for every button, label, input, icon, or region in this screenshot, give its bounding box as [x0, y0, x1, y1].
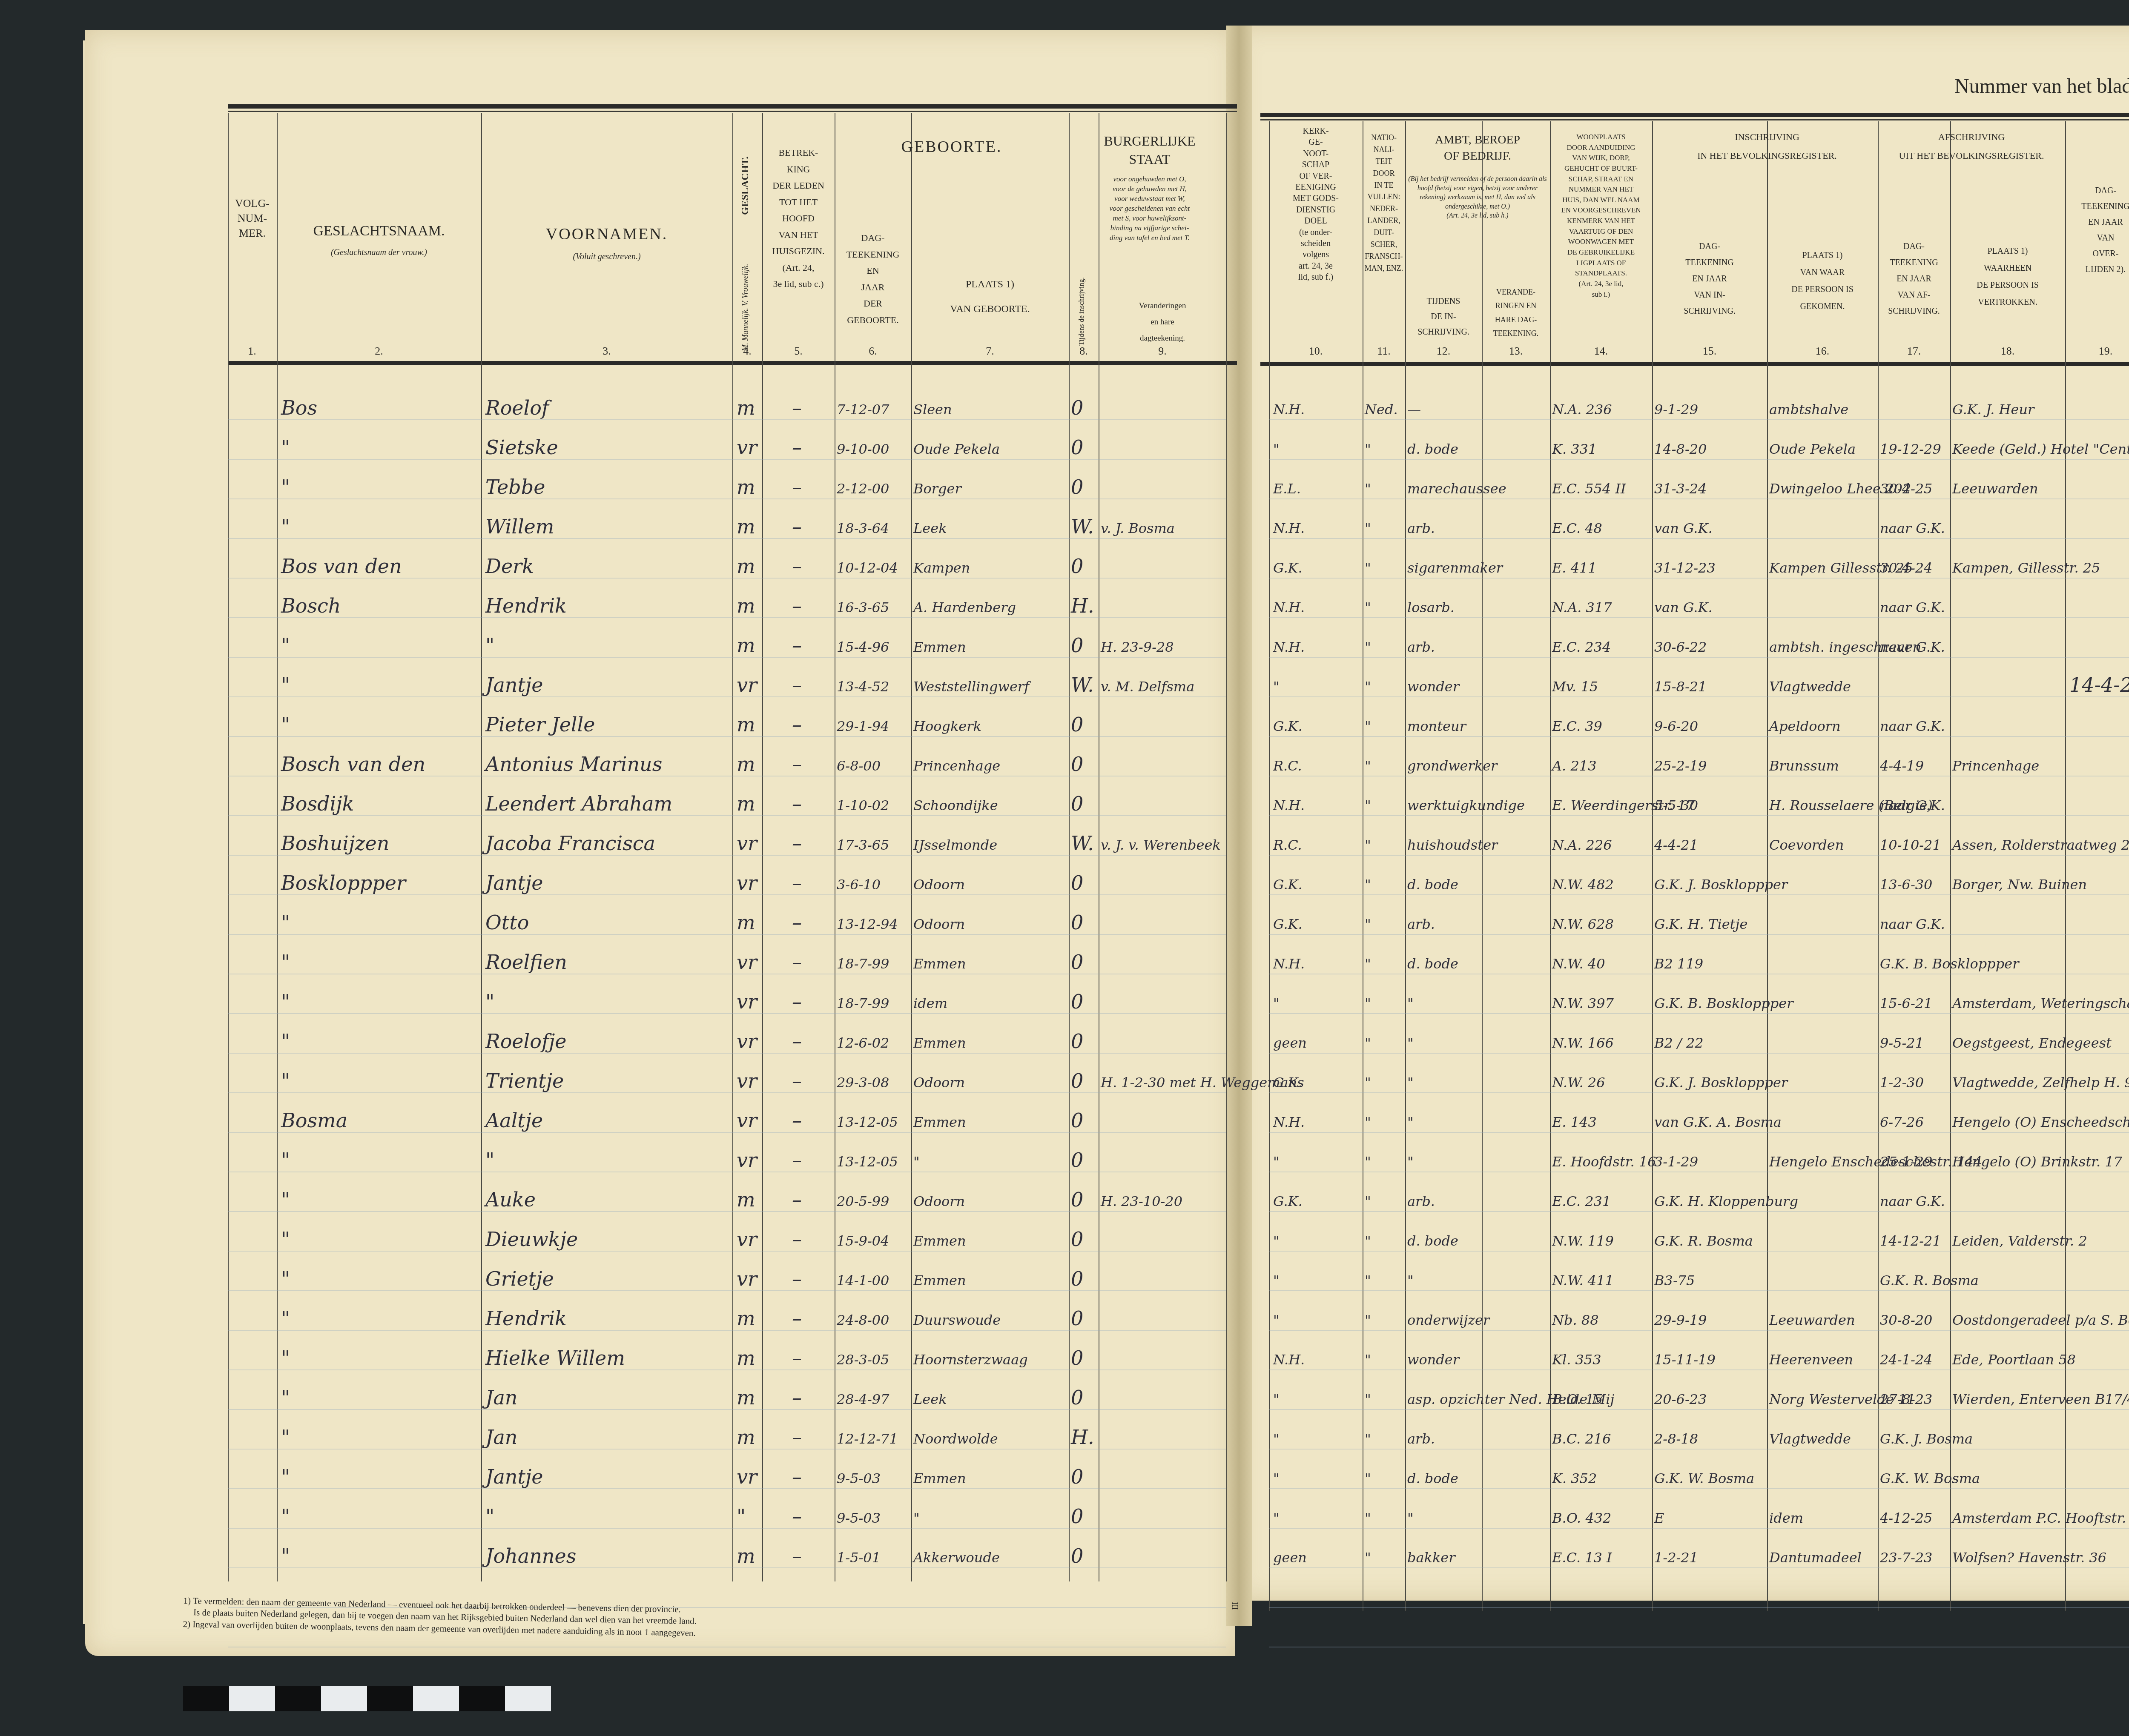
- ruled-line: [228, 1251, 1226, 1252]
- column-rule: [1405, 121, 1406, 1611]
- sex-cell: vr: [737, 436, 757, 459]
- church-cell: G.K.: [1273, 1193, 1303, 1209]
- deregistration-date-cell: 24-1-24: [1880, 1352, 1932, 1368]
- deregistration-date-cell: 4-4-19: [1880, 758, 1924, 774]
- occupation-cell: arb.: [1407, 639, 1435, 655]
- nationality-cell: ": [1365, 718, 1371, 734]
- column-rule: [1069, 113, 1070, 1581]
- residence-cell: E.C. 234: [1552, 639, 1611, 655]
- civil-status-cell: H.: [1071, 594, 1094, 617]
- group-header-geboorte: GEBOORTE.: [835, 136, 1069, 158]
- sex-cell: vr: [737, 1267, 757, 1290]
- col-header-volgnummer: VOLG- NUM- MER.: [228, 196, 277, 241]
- ruled-line: [228, 1290, 1226, 1291]
- registration-date-cell: 30-6-22: [1654, 639, 1707, 655]
- given-names-cell: Leendert Abraham: [485, 792, 672, 815]
- relation-cell: –: [792, 476, 802, 498]
- deregistration-date-cell: 10-10-21: [1880, 837, 1941, 853]
- surname-cell: ": [281, 911, 290, 934]
- ruled-line: [228, 934, 1226, 935]
- birth-place-cell: Odoorn: [913, 877, 965, 893]
- residence-cell: N.W. 628: [1552, 916, 1614, 932]
- surname-cell: ": [281, 673, 290, 696]
- birth-date-cell: 17-3-65: [837, 837, 889, 853]
- column-rule: [228, 113, 229, 1581]
- col-header-geboorteplaats: PLAATS 1) VAN GEBOORTE.: [911, 272, 1069, 321]
- registration-date-cell: 9-1-29: [1654, 401, 1698, 418]
- birth-place-cell: Leek: [913, 1391, 947, 1407]
- church-cell: G.K.: [1273, 1074, 1303, 1091]
- given-names-cell: Pieter Jelle: [485, 713, 595, 736]
- occupation-cell: d. bode: [1407, 1470, 1458, 1487]
- col-header-geslacht-sub: M. Mannelijk. V. Vrouwelijk.: [740, 231, 750, 384]
- church-cell: N.H.: [1273, 1114, 1305, 1130]
- registration-date-cell: 15-8-21: [1654, 679, 1707, 695]
- page-number-label: Nummer van het blad: [1954, 74, 2129, 98]
- nationality-cell: ": [1365, 758, 1371, 774]
- occupation-cell: huishoudster: [1407, 837, 1498, 853]
- nationality-cell: ": [1365, 797, 1371, 814]
- occupation-cell: d. bode: [1407, 877, 1458, 893]
- given-names-cell: Roelofje: [485, 1030, 566, 1053]
- deregistration-date-cell: 14-12-21: [1880, 1233, 1941, 1249]
- group-header-afschrijving: AFSCHRIJVING UIT HET BEVOLKINGSREGISTER.: [1878, 128, 2065, 165]
- nationality-cell: ": [1365, 1391, 1371, 1407]
- civil-status-cell: W.: [1071, 832, 1094, 855]
- ruled-line: [228, 815, 1226, 816]
- scale-square: [275, 1686, 321, 1711]
- col-header-voornamen-sub: (Voluit geschreven.): [481, 251, 732, 263]
- surname-cell: ": [281, 713, 290, 736]
- birth-date-cell: 29-1-94: [837, 718, 889, 734]
- given-names-cell: Johannes: [485, 1544, 576, 1567]
- ruled-line: [228, 1449, 1226, 1450]
- occupation-cell: d. bode: [1407, 1233, 1458, 1249]
- residence-cell: N.W. 119: [1552, 1233, 1614, 1249]
- birth-place-cell: ": [913, 1154, 920, 1170]
- occupation-cell: sigarenmaker: [1407, 560, 1503, 576]
- surname-cell: ": [281, 436, 290, 459]
- birth-place-cell: Emmen: [913, 1035, 966, 1051]
- civil-status-change-cell: v. M. Delfsma: [1101, 679, 1194, 695]
- registration-date-cell: G.K. J. Boskloppper: [1654, 877, 1788, 893]
- birth-date-cell: 10-12-04: [837, 560, 898, 576]
- deregistration-destination-cell: Amsterdam, Weteringschans 95: [1952, 995, 2129, 1011]
- relation-cell: –: [792, 1267, 802, 1290]
- civil-status-cell: W.: [1071, 515, 1094, 538]
- ruled-line: [1269, 815, 2129, 816]
- surname-cell: Bosdijk: [281, 792, 354, 815]
- birth-place-cell: Leek: [913, 520, 947, 536]
- deregistration-destination-cell: Ede, Poortlaan 58: [1952, 1352, 2076, 1368]
- col-header-kerkgenootschap: KERK- GE- NOOT- SCHAP OF VER- EENIGING M…: [1269, 126, 1363, 283]
- registration-date-cell: 3-1-29: [1654, 1154, 1698, 1170]
- ruled-line: [228, 1092, 1226, 1093]
- occupation-cell: marechaussee: [1407, 481, 1506, 497]
- residence-cell: E.C. 39: [1552, 718, 1602, 734]
- civil-status-cell: 0: [1071, 871, 1083, 894]
- given-names-cell: Hendrik: [485, 594, 567, 617]
- church-cell: ": [1273, 1510, 1280, 1526]
- relation-cell: –: [792, 1228, 802, 1251]
- residence-cell: E.C. 554 II: [1552, 481, 1626, 497]
- civil-status-cell: 0: [1071, 713, 1083, 736]
- sex-cell: m: [737, 396, 755, 419]
- column-rule: [1550, 121, 1551, 1611]
- church-cell: ": [1273, 1431, 1280, 1447]
- occupation-cell: monteur: [1407, 718, 1466, 734]
- birth-date-cell: 15-9-04: [837, 1233, 889, 1249]
- sex-cell: vr: [737, 1149, 757, 1172]
- deregistration-destination-cell: Assen, Rolderstraatweg 22: [1952, 837, 2129, 853]
- column-rule: [1363, 121, 1363, 1611]
- scale-square: [183, 1686, 229, 1711]
- relation-cell: –: [792, 1109, 802, 1132]
- surname-cell: ": [281, 1267, 290, 1290]
- civil-status-cell: 0: [1071, 1346, 1083, 1369]
- birth-place-cell: A. Hardenberg: [913, 599, 1016, 616]
- birth-place-cell: Emmen: [913, 1114, 966, 1130]
- surname-cell: ": [281, 1228, 290, 1251]
- header-top-rule-left-thin: [228, 111, 1237, 112]
- birth-place-cell: Oude Pekela: [913, 441, 1000, 457]
- birth-date-cell: 16-3-65: [837, 599, 889, 616]
- relation-cell: –: [792, 792, 802, 815]
- civil-status-cell: 0: [1071, 634, 1083, 657]
- surname-cell: Boshuijzen: [281, 832, 389, 855]
- birth-place-cell: Emmen: [913, 1233, 966, 1249]
- civil-status-cell: 0: [1071, 1069, 1083, 1092]
- civil-status-cell: 0: [1071, 1307, 1083, 1330]
- occupation-cell: ": [1407, 1272, 1414, 1289]
- column-number: 10.: [1299, 345, 1333, 358]
- sex-cell: vr: [737, 673, 757, 696]
- birth-date-cell: 28-4-97: [837, 1391, 889, 1407]
- occupation-cell: ": [1407, 995, 1414, 1011]
- col-header-overlijden: DAG- TEEKENING EN JAAR VAN OVER- LIJDEN …: [2065, 183, 2129, 278]
- birth-place-cell: Hoornsterzwaag: [913, 1352, 1028, 1368]
- given-names-cell: Jan: [485, 1426, 518, 1449]
- sex-cell: m: [737, 911, 755, 934]
- civil-status-cell: 0: [1071, 436, 1083, 459]
- civil-status-cell: 0: [1071, 1030, 1083, 1053]
- col-header-ambt-veranderingen: VERANDE- RINGEN EN HARE DAG- TEEKENING.: [1482, 285, 1550, 341]
- ruled-line: [228, 419, 1226, 420]
- scale-square: [413, 1686, 459, 1711]
- col-header-voornamen: VOORNAMEN.: [481, 223, 732, 245]
- residence-cell: K. 352: [1552, 1470, 1597, 1487]
- church-cell: ": [1273, 1233, 1280, 1249]
- nationality-cell: ": [1365, 1470, 1371, 1487]
- registration-date-cell: 31-3-24: [1654, 481, 1707, 497]
- col-header-geslachtsnaam-sub: (Geslachtsnaam der vrouw.): [277, 247, 481, 258]
- church-cell: R.C.: [1273, 837, 1302, 853]
- residence-cell: E. 143: [1552, 1114, 1597, 1130]
- birth-place-cell: Emmen: [913, 1272, 966, 1289]
- surname-cell: ": [281, 1307, 290, 1330]
- sex-cell: m: [737, 1346, 755, 1369]
- col-header-veranderingen: Veranderingen en hare dagteekening.: [1099, 298, 1226, 347]
- registration-origin-cell: Apeldoorn: [1769, 718, 1841, 734]
- birth-date-cell: 29-3-08: [837, 1074, 889, 1091]
- occupation-cell: grondwerker: [1407, 758, 1497, 774]
- ruled-line: [1269, 419, 2129, 420]
- occupation-cell: d. bode: [1407, 441, 1458, 457]
- sex-cell: vr: [737, 1030, 757, 1053]
- registration-date-cell: 2-8-18: [1654, 1431, 1698, 1447]
- residence-cell: E. Hoofdstr. 16: [1552, 1154, 1656, 1170]
- relation-cell: –: [792, 753, 802, 776]
- nationality-cell: ": [1365, 916, 1371, 932]
- occupation-cell: wonder: [1407, 679, 1459, 695]
- church-cell: N.H.: [1273, 797, 1305, 814]
- birth-place-cell: IJsselmonde: [913, 837, 997, 853]
- registration-date-cell: E: [1654, 1510, 1664, 1526]
- birth-place-cell: idem: [913, 995, 947, 1011]
- sex-cell: vr: [737, 1465, 757, 1488]
- civil-status-cell: 0: [1071, 1188, 1083, 1211]
- relation-cell: –: [792, 396, 802, 419]
- column-number: 4.: [730, 345, 764, 358]
- residence-cell: E.C. 13 I: [1552, 1550, 1612, 1566]
- ruled-line: [228, 1013, 1226, 1014]
- deregistration-destination-cell: Oegstgeest, Endegeest: [1952, 1035, 2112, 1051]
- sex-cell: m: [737, 1544, 755, 1567]
- column-rule: [2065, 121, 2066, 1611]
- nationality-cell: ": [1365, 1193, 1371, 1209]
- ruled-line: [1269, 1449, 2129, 1450]
- civil-status-cell: 0: [1071, 555, 1083, 578]
- given-names-cell: Jantje: [485, 673, 543, 696]
- registration-origin-cell: Heerenveen: [1769, 1352, 1853, 1368]
- deregistration-destination-cell: Leiden, Valderstr. 2: [1952, 1233, 2087, 1249]
- civil-status-cell: 0: [1071, 396, 1083, 419]
- ruled-line: [1269, 1013, 2129, 1014]
- ruled-line: [1269, 1647, 2129, 1647]
- ruled-line: [1269, 1251, 2129, 1252]
- registration-date-cell: G.K. R. Bosma: [1654, 1233, 1753, 1249]
- civil-status-cell: 0: [1071, 1465, 1083, 1488]
- residence-cell: Kl. 353: [1552, 1352, 1601, 1368]
- nationality-cell: ": [1365, 1233, 1371, 1249]
- church-cell: G.K.: [1273, 718, 1303, 734]
- relation-cell: –: [792, 1505, 802, 1528]
- nationality-cell: ": [1365, 1312, 1371, 1328]
- column-rule: [1269, 121, 1270, 1611]
- occupation-cell: arb.: [1407, 916, 1435, 932]
- residence-cell: N.W. 40: [1552, 956, 1605, 972]
- col-header-ambt-tijdens: TIJDENS DE IN- SCHRIJVING.: [1405, 294, 1482, 340]
- church-cell: R.C.: [1273, 758, 1302, 774]
- deregistration-destination-cell: Oostdongeradeel p/a S. Bosma, Dokkum: [1952, 1312, 2129, 1328]
- burgerlijke-staat-note: voor ongehuwden met O, voor de gehuwden …: [1069, 175, 1231, 243]
- relation-cell: –: [792, 1426, 802, 1449]
- registration-origin-cell: Oude Pekela: [1769, 441, 1856, 457]
- surname-cell: ": [281, 990, 290, 1013]
- ruled-line: [228, 696, 1226, 697]
- nationality-cell: ": [1365, 481, 1371, 497]
- residence-cell: B.O. 15: [1552, 1391, 1603, 1407]
- column-rule: [911, 113, 912, 1581]
- birth-place-cell: ": [913, 1510, 920, 1526]
- relation-cell: –: [792, 1188, 802, 1211]
- registration-date-cell: 14-8-20: [1654, 441, 1707, 457]
- deregistration-date-cell: 23-7-23: [1880, 1550, 1932, 1566]
- registration-origin-cell: Leeuwarden: [1769, 1312, 1855, 1328]
- ruled-line: [1269, 1607, 2129, 1608]
- margin-mark: III: [1230, 1597, 1240, 1614]
- ruled-line: [1269, 1211, 2129, 1212]
- ruled-line: [228, 894, 1226, 895]
- ruled-line: [228, 1330, 1226, 1331]
- surname-cell: Boskloppper: [281, 871, 406, 894]
- civil-status-change-cell: v. J. v. Werenbeek: [1101, 837, 1221, 853]
- nationality-cell: ": [1365, 1035, 1371, 1051]
- civil-status-cell: 0: [1071, 1109, 1083, 1132]
- surname-cell: ": [281, 1465, 290, 1488]
- given-names-cell: Hielke Willem: [485, 1346, 625, 1369]
- given-names-cell: Roelfien: [485, 951, 567, 974]
- residence-cell: N.A. 317: [1552, 599, 1612, 616]
- ruled-line: [228, 1488, 1226, 1489]
- civil-status-cell: 0: [1071, 911, 1083, 934]
- ruled-line: [228, 459, 1226, 460]
- nationality-cell: ": [1365, 1114, 1371, 1130]
- birth-date-cell: 24-8-00: [837, 1312, 889, 1328]
- civil-status-change-cell: H. 23-10-20: [1101, 1193, 1182, 1209]
- relation-cell: –: [792, 1465, 802, 1488]
- column-number: 13.: [1499, 345, 1533, 358]
- deregistration-destination-cell: Borger, Nw. Buinen: [1952, 877, 2087, 893]
- ruled-line: [228, 855, 1226, 856]
- occupation-cell: ": [1407, 1510, 1414, 1526]
- sex-cell: m: [737, 476, 755, 498]
- civil-status-cell: 0: [1071, 1386, 1083, 1409]
- deregistration-destination-cell: Hengelo (O) Brinkstr. 17: [1952, 1154, 2122, 1170]
- ruled-line: [228, 776, 1226, 776]
- relation-cell: –: [792, 515, 802, 538]
- residence-cell: E.C. 48: [1552, 520, 1602, 536]
- deregistration-date-cell: 30-4-24: [1880, 560, 1932, 576]
- civil-status-cell: 0: [1071, 792, 1083, 815]
- scale-square: [367, 1686, 413, 1711]
- relation-cell: –: [792, 634, 802, 657]
- birth-place-cell: Kampen: [913, 560, 970, 576]
- given-names-cell: Trientje: [485, 1069, 564, 1092]
- deregistration-destination-cell: Wierden, Enterveen B17/42: [1952, 1391, 2129, 1407]
- ruled-line: [228, 617, 1226, 618]
- sex-cell: m: [737, 1426, 755, 1449]
- residence-cell: B.C. 216: [1552, 1431, 1611, 1447]
- deregistration-date-cell: G.K. W. Bosma: [1880, 1470, 1980, 1487]
- registration-date-cell: 25-2-19: [1654, 758, 1707, 774]
- birth-date-cell: 1-5-01: [837, 1550, 881, 1566]
- ruled-line: [1269, 538, 2129, 539]
- given-names-cell: ": [485, 990, 494, 1013]
- relation-cell: –: [792, 555, 802, 578]
- deregistration-destination-cell: Kampen, Gillesstr. 25: [1952, 560, 2100, 576]
- registration-date-cell: 5-5-30: [1654, 797, 1698, 814]
- col-header-woonplaats: WOONPLAATS DOOR AANDUIDING VAN WIJK, DOR…: [1550, 132, 1652, 300]
- deregistration-date-cell: G.K. J. Bosma: [1880, 1431, 1973, 1447]
- scale-square: [505, 1686, 551, 1711]
- residence-cell: E. 411: [1552, 560, 1597, 576]
- birth-date-cell: 13-12-05: [837, 1154, 898, 1170]
- ruled-line: [1269, 1132, 2129, 1133]
- church-cell: N.H.: [1273, 520, 1305, 536]
- residence-cell: E.C. 231: [1552, 1193, 1611, 1209]
- relation-cell: –: [792, 713, 802, 736]
- column-number: 6.: [856, 345, 890, 358]
- birth-date-cell: 18-7-99: [837, 995, 889, 1011]
- column-number: 17.: [1897, 345, 1931, 358]
- surname-cell: Bosma: [281, 1109, 347, 1132]
- civil-status-cell: 0: [1071, 1267, 1083, 1290]
- surname-cell: ": [281, 634, 290, 657]
- deregistration-destination-cell: Amsterdam P.C. Hooftstr. 84: [1952, 1510, 2129, 1526]
- ruled-line: [1269, 1488, 2129, 1489]
- registration-origin-cell: Vlagtwedde: [1769, 1431, 1851, 1447]
- ruled-line: [1269, 578, 2129, 579]
- col-header-nationaliteit: NATIO- NALI- TEIT DOOR IN TE VULLEN: NED…: [1363, 132, 1405, 275]
- given-names-cell: Hendrik: [485, 1307, 567, 1330]
- registration-date-cell: 4-4-21: [1654, 837, 1698, 853]
- birth-place-cell: Schoondijke: [913, 797, 998, 814]
- nationality-cell: Ned.: [1365, 401, 1398, 418]
- nationality-cell: ": [1365, 1510, 1371, 1526]
- ruled-line: [1269, 1409, 2129, 1410]
- birth-date-cell: 9-5-03: [837, 1470, 881, 1487]
- occupation-cell: arb.: [1407, 1431, 1435, 1447]
- relation-cell: –: [792, 990, 802, 1013]
- nationality-cell: ": [1365, 956, 1371, 972]
- birth-place-cell: Odoorn: [913, 1074, 965, 1091]
- surname-cell: Bosch van den: [281, 753, 425, 776]
- ruled-line: [228, 1211, 1226, 1212]
- residence-cell: N.W. 397: [1552, 995, 1614, 1011]
- residence-cell: N.W. 482: [1552, 877, 1614, 893]
- registration-date-cell: 20-6-23: [1654, 1391, 1707, 1407]
- given-names-cell: Grietje: [485, 1267, 554, 1290]
- relation-cell: –: [792, 1544, 802, 1567]
- residence-cell: N.W. 166: [1552, 1035, 1614, 1051]
- registration-date-cell: G.K. H. Kloppenburg: [1654, 1193, 1798, 1209]
- nationality-cell: ": [1365, 837, 1371, 853]
- residence-cell: N.A. 236: [1552, 401, 1612, 418]
- given-names-cell: Otto: [485, 911, 529, 934]
- deregistration-destination-cell: Keede (Geld.) Hotel "Centraal": [1952, 441, 2129, 457]
- nationality-cell: ": [1365, 1431, 1371, 1447]
- civil-status-cell: 0: [1071, 1544, 1083, 1567]
- registration-date-cell: 29-9-19: [1654, 1312, 1707, 1328]
- header-top-rule-right-thin: [1260, 119, 2129, 120]
- death-date-cell: 14-4-22: [2069, 673, 2129, 696]
- sex-cell: vr: [737, 1109, 757, 1132]
- registration-origin-cell: Coevorden: [1769, 837, 1844, 853]
- occupation-cell: d. bode: [1407, 956, 1458, 972]
- sex-cell: m: [737, 1188, 755, 1211]
- deregistration-destination-cell: Vlagtwedde, Zelfhelp H. 99: [1952, 1074, 2129, 1091]
- deregistration-date-cell: G.K. R. Bosma: [1880, 1272, 1979, 1289]
- group-header-burgerlijke-staat: BURGERLIJKE STAAT: [1069, 132, 1231, 169]
- civil-status-cell: 0: [1071, 1228, 1083, 1251]
- occupation-cell: werktuigkundige: [1407, 797, 1525, 814]
- occupation-cell: ": [1407, 1035, 1414, 1051]
- column-rule: [481, 113, 482, 1581]
- column-number: 9.: [1145, 345, 1179, 358]
- given-names-cell: Dieuwkje: [485, 1228, 578, 1251]
- surname-cell: ": [281, 1149, 290, 1172]
